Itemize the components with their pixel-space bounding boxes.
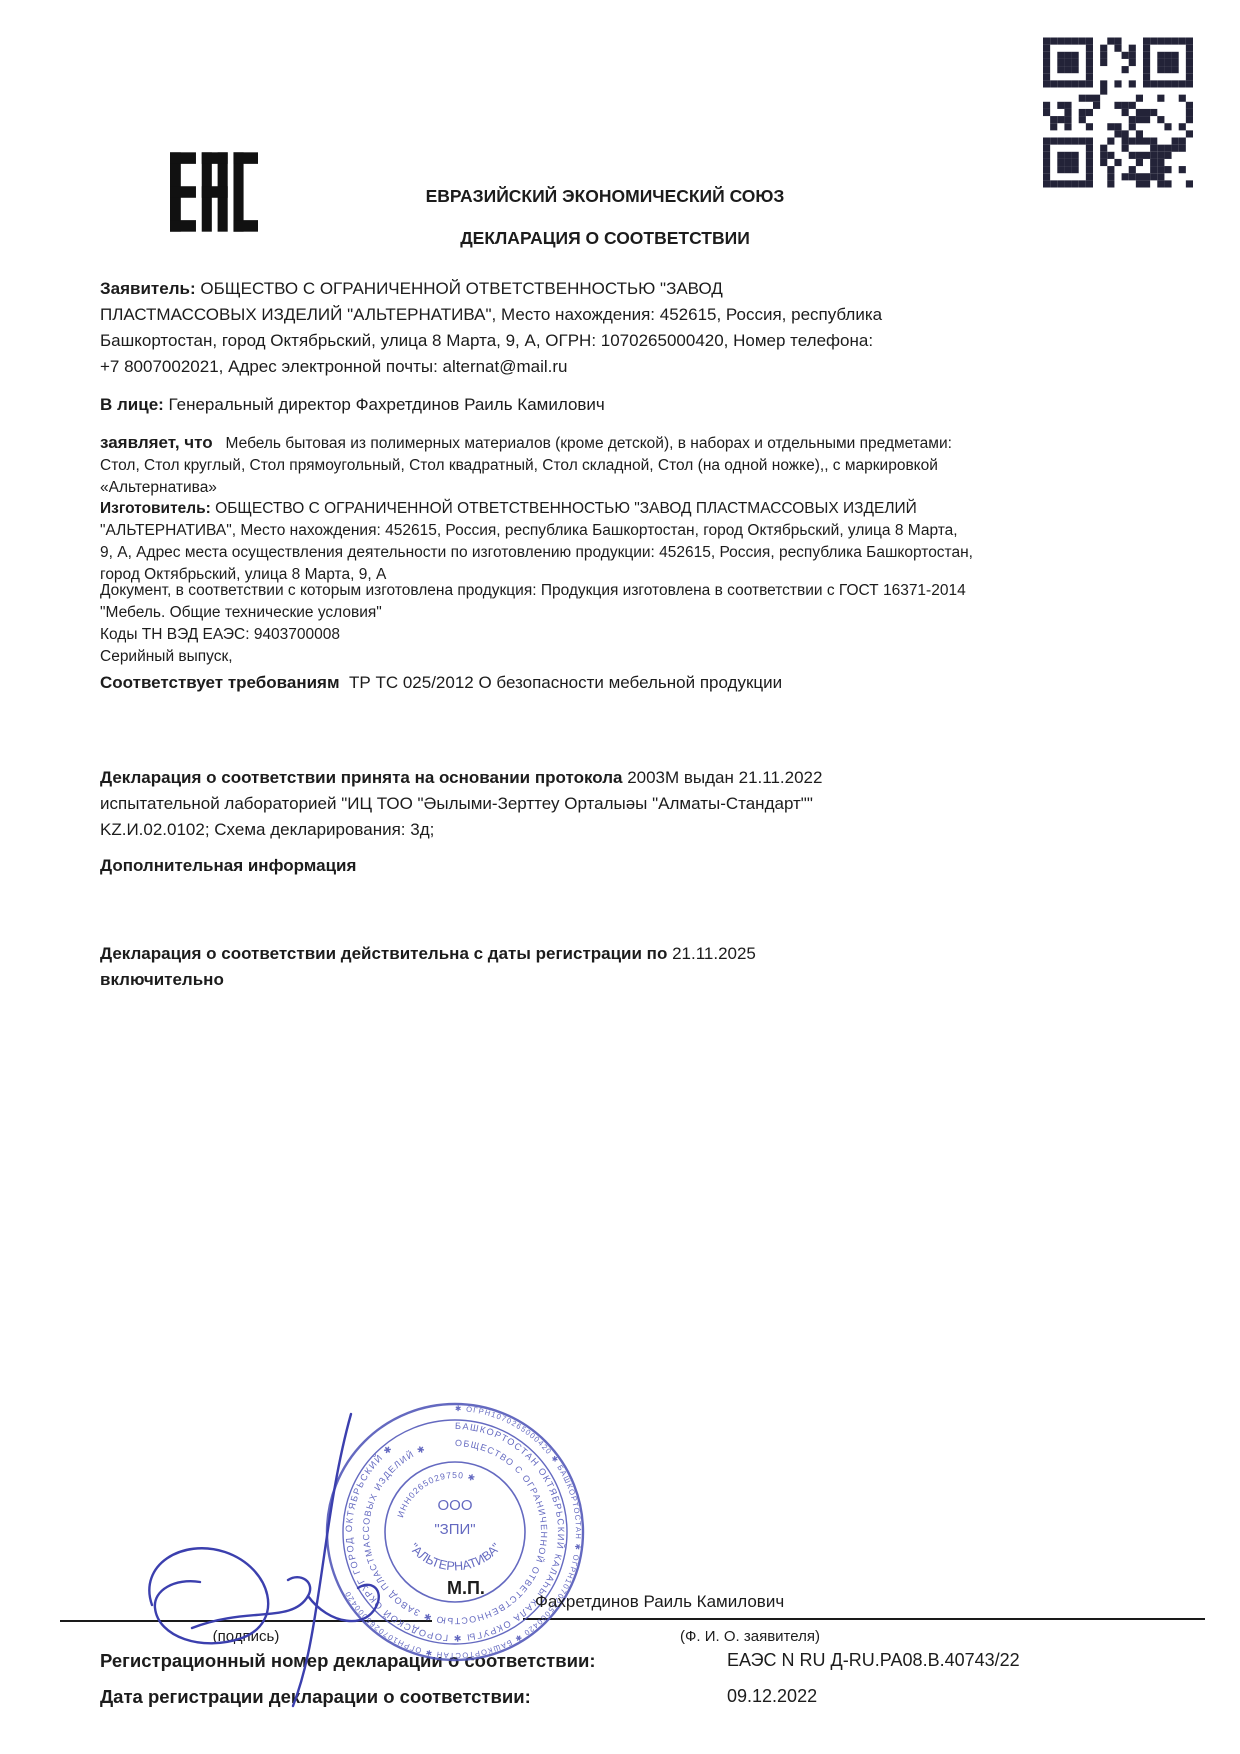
complies-paragraph: Соответствует требованиям ТР ТС 025/2012… [100, 670, 782, 696]
additional-info-paragraph: Дополнительная информация [100, 853, 356, 879]
union-name-title: ЕВРАЗИЙСКИЙ ЭКОНОМИЧЕСКИЙ СОЮЗ [300, 186, 910, 207]
eac-logo-icon [170, 152, 258, 232]
fio-caption: (Ф. И. О. заявителя) [560, 1628, 940, 1645]
basis-paragraph: Декларация о соответствии принята на осн… [100, 765, 822, 843]
in-person-paragraph: В лице: Генеральный директор Фахретдинов… [100, 392, 605, 418]
stamp-place-label: М.П. [447, 1578, 485, 1599]
signature [130, 1400, 470, 1720]
manufacturer-paragraph: Изготовитель: ОБЩЕСТВО С ОГРАНИЧЕННОЙ ОТ… [100, 498, 973, 586]
declares-paragraph: заявляет, что Мебель бытовая из полимерн… [100, 432, 952, 499]
validity-paragraph: Декларация о соответствии действительна … [100, 941, 756, 993]
registration-date-value: 09.12.2022 [727, 1686, 817, 1707]
registration-number-value: ЕАЭС N RU Д-RU.РА08.В.40743/22 [727, 1650, 1020, 1671]
fio-line [523, 1618, 1205, 1620]
applicant-paragraph: Заявитель: ОБЩЕСТВО С ОГРАНИЧЕННОЙ ОТВЕТ… [100, 276, 882, 380]
applicant-full-name: Фахретдинов Раиль Камилович [535, 1592, 784, 1612]
product-document-paragraph: Документ, в соответствии с которым изгот… [100, 580, 966, 668]
document-title: ДЕКЛАРАЦИЯ О СООТВЕТСТВИИ [300, 228, 910, 249]
declaration-document: ЕВРАЗИЙСКИЙ ЭКОНОМИЧЕСКИЙ СОЮЗ ДЕКЛАРАЦИ… [0, 0, 1240, 1754]
qr-code [1043, 36, 1193, 189]
